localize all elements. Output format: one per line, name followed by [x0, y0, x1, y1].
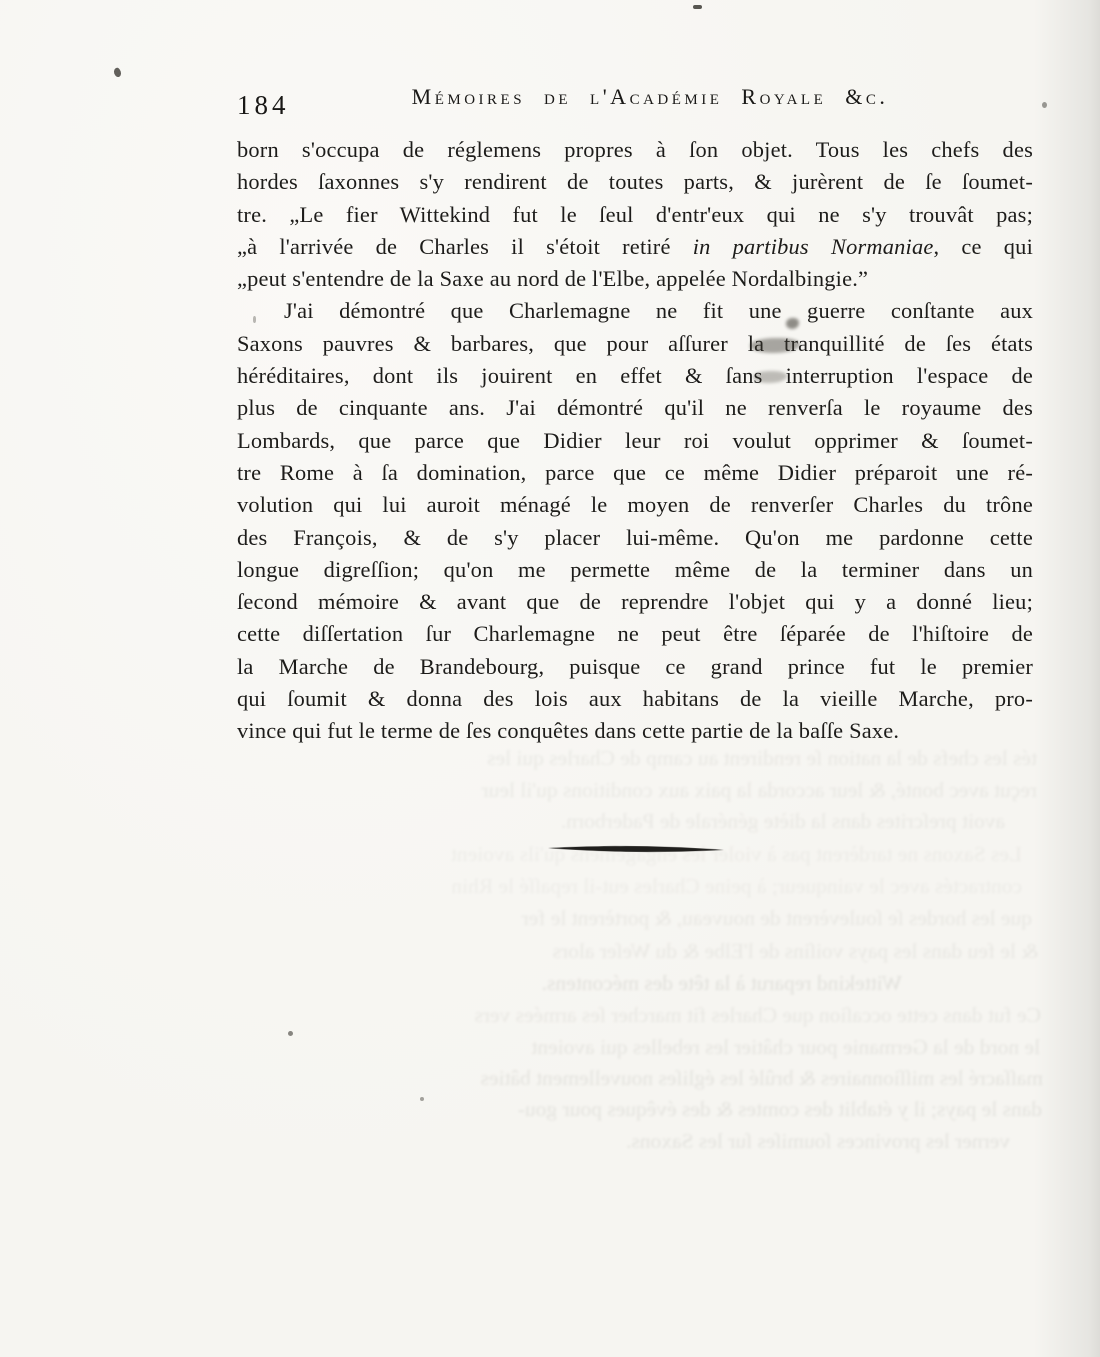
text-line: tre. „Le fier Wittekind fut le ſeul d'en…	[237, 199, 1033, 231]
bleedthrough-line: contractés avec le vainqueur; à peine Ch…	[280, 873, 1022, 899]
bleedthrough-line: dans le pays; il y établit des comtes & …	[250, 1096, 1042, 1122]
bleedthrough-line: tés les chefs de la nation ſe rendirent …	[245, 745, 1037, 771]
text-line: tre Rome à ſa domination, parce que ce m…	[237, 457, 1033, 489]
ink-speck	[1042, 102, 1047, 108]
text-line: born s'occupa de réglemens propres à ſon…	[237, 134, 1033, 166]
bleedthrough-line: avoit preſcrites dans la diète générale …	[305, 808, 1005, 834]
text-line: héréditaires, dont ils jouirent en effet…	[237, 360, 1033, 392]
bleedthrough-line: reçut avec bonté, & leur accorda la paix…	[245, 777, 1037, 803]
text-line: plus de cinquante ans. J'ai démontré qu'…	[237, 392, 1033, 424]
text-line: vince qui fut le terme de ſes conquêtes …	[237, 715, 1033, 747]
text-line: Saxons pauvres & barbares, que pour aſſu…	[237, 328, 1033, 360]
ink-speck	[693, 5, 702, 9]
text-line: des François, & de s'y placer lui-même. …	[237, 522, 1033, 554]
body-text: born s'occupa de réglemens propres à ſon…	[237, 134, 1033, 748]
tapered-rule-shape	[548, 843, 724, 855]
running-title: Mémoires de l'Académie Royale &c.	[237, 84, 1033, 110]
text-line: ſecond mémoire & avant que de reprendre …	[237, 586, 1033, 618]
text-line: volution qui lui auroit ménagé le moyen …	[237, 489, 1033, 521]
ink-speck	[288, 1031, 293, 1036]
text-line: „à l'arrivée de Charles il s'étoit retir…	[237, 231, 1033, 263]
bleedthrough-line: le nord de la Germanie pour châtier les …	[250, 1034, 1040, 1060]
text-line: Lombards, que parce que Didier leur roi …	[237, 425, 1033, 457]
section-divider-rule	[548, 840, 724, 852]
ink-speck	[253, 316, 256, 323]
text-line: „peut s'entendre de la Saxe au nord de l…	[237, 263, 1033, 295]
book-page-scan: 184 Mémoires de l'Académie Royale &c. bo…	[0, 0, 1100, 1357]
text-line: cette diſſertation ſur Charlemagne ne pe…	[237, 618, 1033, 650]
text-line-paragraph-start: J'ai démontré que Charlemagne ne fit une…	[237, 295, 1033, 327]
bleedthrough-line: & le feu dans les pays voiſins de l'Elbe…	[250, 938, 1038, 964]
text-segment: , ce qui	[934, 234, 1033, 259]
bleedthrough-line: verner les provinces ſoumiſes ſur les Sa…	[292, 1128, 1010, 1154]
page-header: 184 Mémoires de l'Académie Royale &c.	[237, 84, 1033, 120]
text-line: la Marche de Brandebourg, puisque ce gra…	[237, 651, 1033, 683]
page-number: 184	[237, 90, 290, 121]
bleedthrough-line: Wittekind reparut à la tête des méconten…	[382, 970, 902, 996]
bleedthrough-line: maſſacré les miſſionnaires & brûlé les é…	[245, 1065, 1043, 1091]
bleedthrough-line: Ce fut dans cette occaſion que Charles f…	[245, 1002, 1041, 1028]
text-segment: „à l'arrivée de Charles il s'étoit retir…	[237, 234, 693, 259]
text-line: hordes ſaxonnes s'y rendirent de toutes …	[237, 166, 1033, 198]
text-line: qui ſoumit & donna des lois aux habitans…	[237, 683, 1033, 715]
bleedthrough-line: que les hordes ſe ſoulevèrent de nouveau…	[250, 905, 1032, 931]
ink-speck	[420, 1097, 424, 1101]
ink-speck	[112, 67, 123, 78]
text-segment-italic: in partibus Normaniae	[693, 234, 934, 259]
text-line: longue digreſſion; qu'on me permette mêm…	[237, 554, 1033, 586]
